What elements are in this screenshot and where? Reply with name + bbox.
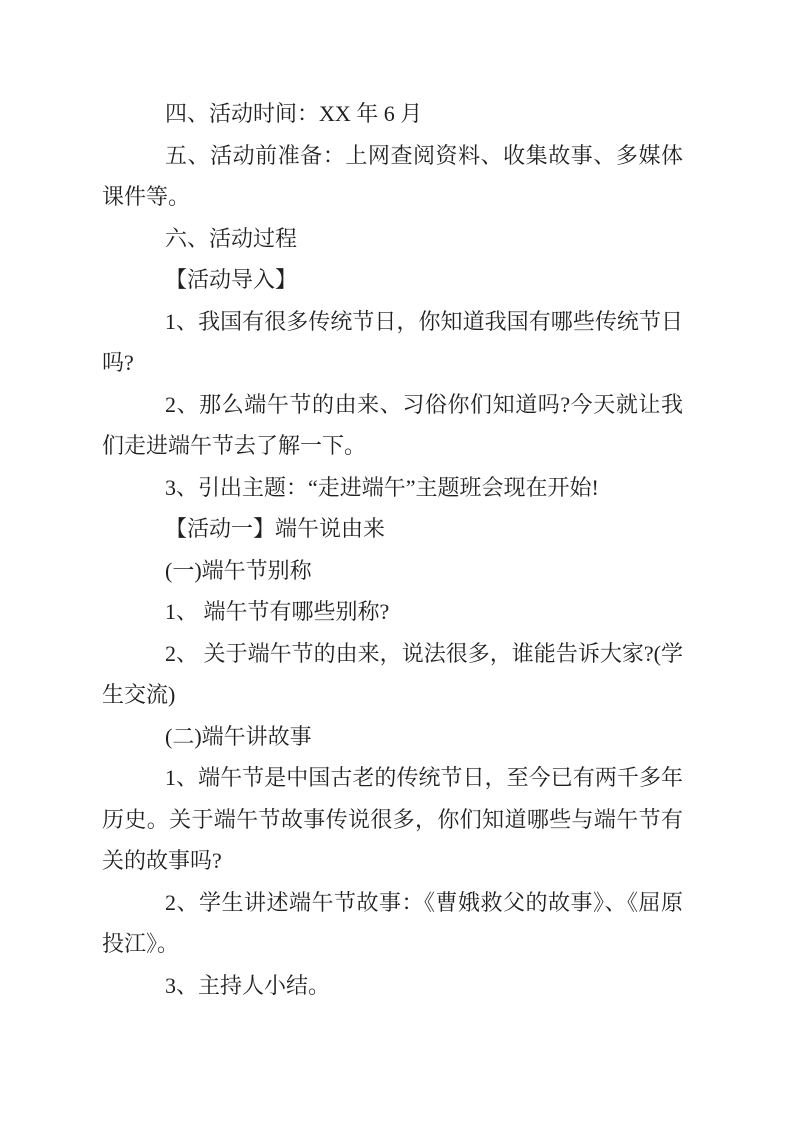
paragraph: 1、 端午节有哪些别称? [102, 591, 683, 633]
paragraph: 1、我国有很多传统节日，你知道我国有哪些传统节日吗? [102, 301, 683, 384]
paragraph: 2、学生讲述端午节故事：《曹娥救父的故事》、《屈原投江》。 [102, 882, 683, 965]
paragraph: 3、主持人小结。 [102, 965, 683, 1007]
paragraph: 【活动一】端午说由来 [102, 508, 683, 550]
paragraph: 3、引出主题：“走进端午”主题班会现在开始! [102, 467, 683, 509]
paragraph: 四、活动时间：XX 年 6 月 [102, 93, 683, 135]
paragraph: 【活动导入】 [102, 259, 683, 301]
paragraph: 1、端午节是中国古老的传统节日，至今已有两千多年历史。关于端午节故事传说很多，你… [102, 757, 683, 882]
document-body: 四、活动时间：XX 年 6 月五、活动前准备：上网查阅资料、收集故事、多媒体课件… [102, 93, 683, 1006]
paragraph: (一)端午节别称 [102, 550, 683, 592]
document-page: 四、活动时间：XX 年 6 月五、活动前准备：上网查阅资料、收集故事、多媒体课件… [0, 0, 793, 1122]
paragraph: 2、 关于端午节的由来，说法很多，谁能告诉大家?(学生交流) [102, 633, 683, 716]
paragraph: (二)端午讲故事 [102, 716, 683, 758]
paragraph: 2、那么端午节的由来、习俗你们知道吗?今天就让我们走进端午节去了解一下。 [102, 384, 683, 467]
paragraph: 五、活动前准备：上网查阅资料、收集故事、多媒体课件等。 [102, 135, 683, 218]
paragraph: 六、活动过程 [102, 218, 683, 260]
